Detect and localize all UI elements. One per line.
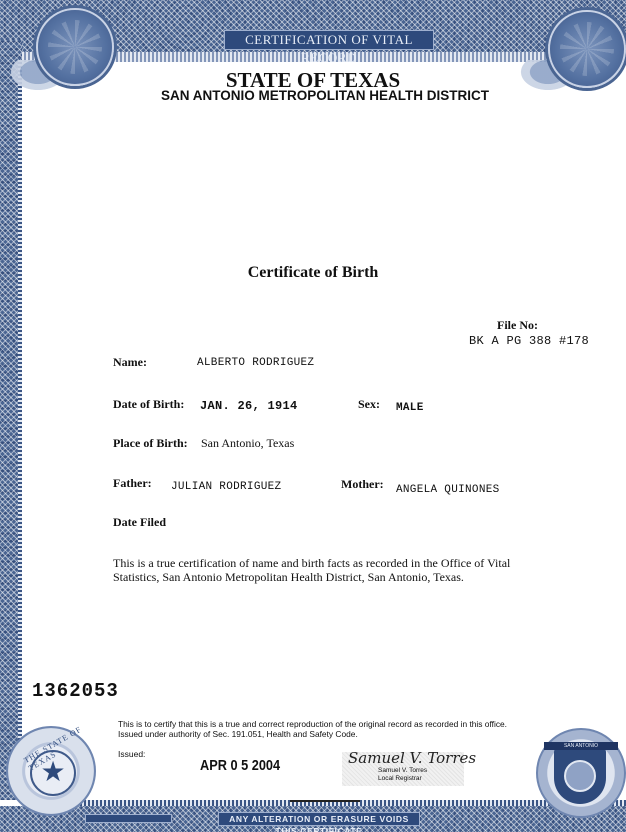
sex-label: Sex:	[358, 397, 380, 412]
place-of-birth-label: Place of Birth:	[113, 436, 188, 451]
san-antonio-health-seal: SAN ANTONIO	[536, 728, 626, 818]
seal-emblem-icon	[564, 760, 596, 792]
name-value: ALBERTO RODRIGUEZ	[197, 357, 314, 369]
bottom-banner: ANY ALTERATION OR ERASURE VOIDS THIS CER…	[218, 812, 420, 826]
name-label: Name:	[113, 355, 147, 370]
signer-name: Samuel V. Torres	[378, 767, 427, 774]
place-of-birth-value: San Antonio, Texas	[201, 436, 294, 451]
bottom-small-banner	[85, 814, 172, 823]
star-icon: ★	[30, 750, 76, 796]
seal-ribbon: SAN ANTONIO	[544, 742, 618, 750]
left-border-edge	[18, 60, 22, 800]
file-number-label: File No:	[497, 318, 538, 333]
certificate-title: Certificate of Birth	[0, 264, 626, 282]
divider	[290, 800, 360, 802]
mother-value: ANGELA QUINONES	[396, 484, 500, 496]
certification-statement: This is a true certification of name and…	[113, 556, 513, 584]
father-value: JULIAN RODRIGUEZ	[171, 481, 281, 493]
texas-state-seal: THE STATE OF TEXAS ★	[6, 726, 96, 816]
certify-statement: This is to certify that this is a true a…	[118, 719, 518, 739]
father-label: Father:	[113, 476, 152, 491]
date-of-birth-value: JAN. 26, 1914	[200, 399, 298, 413]
signer-title: Local Registrar	[378, 775, 422, 782]
issued-label: Issued:	[118, 749, 145, 759]
top-banner: CERTIFICATION OF VITAL RECORD	[224, 30, 434, 50]
issued-date-stamp: APR 0 5 2004	[200, 757, 280, 774]
mother-label: Mother:	[341, 477, 384, 492]
district-title: SAN ANTONIO METROPOLITAN HEALTH DISTRICT	[0, 88, 626, 103]
date-of-birth-label: Date of Birth:	[113, 397, 184, 412]
file-number-value: BK A PG 388 #178	[469, 334, 589, 348]
date-filed-label: Date Filed	[113, 515, 166, 530]
shield-icon	[554, 748, 606, 804]
sex-value: MALE	[396, 402, 424, 414]
signature: Samuel V. Torres	[348, 749, 476, 767]
serial-number: 1362053	[32, 680, 119, 702]
